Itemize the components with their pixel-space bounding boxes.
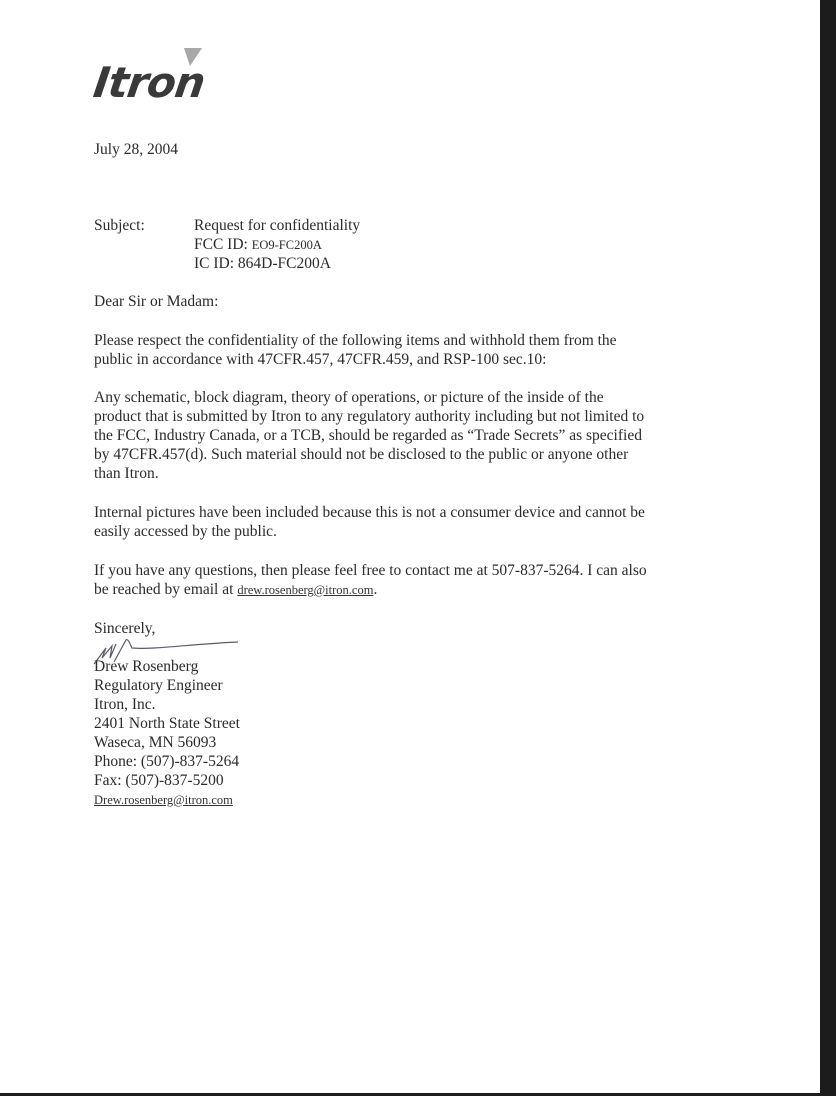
paragraph-1-line-1: Please respect the confidentiality of th… [94, 331, 617, 351]
paragraph-2-line-3: the FCC, Industry Canada, or a TCB, shou… [94, 426, 642, 446]
signer-email: Drew.rosenberg@itron.com [94, 790, 233, 811]
paragraph-3-line-2: easily accessed by the public. [94, 522, 277, 542]
signer-fax: Fax: (507)-837-5200 [94, 771, 224, 791]
salutation: Dear Sir or Madam: [94, 292, 218, 312]
letter-page: Itron July 28, 2004 Subject: Request for… [0, 0, 820, 1093]
email-link[interactable]: drew.rosenberg@itron.com [237, 583, 373, 597]
fcc-id: FCC ID: EO9-FC200A [194, 235, 322, 256]
signer-city: Waseca, MN 56093 [94, 733, 216, 753]
letter-date: July 28, 2004 [94, 140, 178, 160]
paragraph-2-line-4: by 47CFR.457(d). Such material should no… [94, 445, 628, 465]
subject-label: Subject: [94, 216, 145, 236]
scan-border-right [820, 0, 836, 1096]
fcc-id-label: FCC ID: [194, 236, 252, 253]
email-prefix: be reached by email at [94, 581, 237, 598]
signer-email-link[interactable]: Drew.rosenberg@itron.com [94, 793, 233, 807]
email-suffix: . [373, 581, 377, 598]
paragraph-2-line-2: product that is submitted by Itron to an… [94, 407, 644, 427]
signer-street: 2401 North State Street [94, 714, 240, 734]
paragraph-3-line-1: Internal pictures have been included bec… [94, 503, 645, 523]
itron-logo: Itron [94, 48, 224, 104]
signer-title: Regulatory Engineer [94, 676, 223, 696]
signer-phone: Phone: (507)-837-5264 [94, 752, 239, 772]
paragraph-4-line-2: be reached by email at drew.rosenberg@it… [94, 580, 377, 601]
subject-line: Request for confidentiality [194, 216, 360, 236]
paragraph-1-line-2: public in accordance with 47CFR.457, 47C… [94, 350, 546, 370]
fcc-id-value: EO9-FC200A [252, 238, 322, 252]
paragraph-4-line-1: If you have any questions, then please f… [94, 561, 647, 581]
logo-text: Itron [91, 58, 208, 107]
signer-company: Itron, Inc. [94, 695, 156, 715]
paragraph-2-line-1: Any schematic, block diagram, theory of … [94, 388, 604, 408]
paragraph-2-line-5: than Itron. [94, 464, 159, 484]
ic-id: IC ID: 864D-FC200A [194, 254, 331, 274]
signer-name: Drew Rosenberg [94, 657, 198, 677]
